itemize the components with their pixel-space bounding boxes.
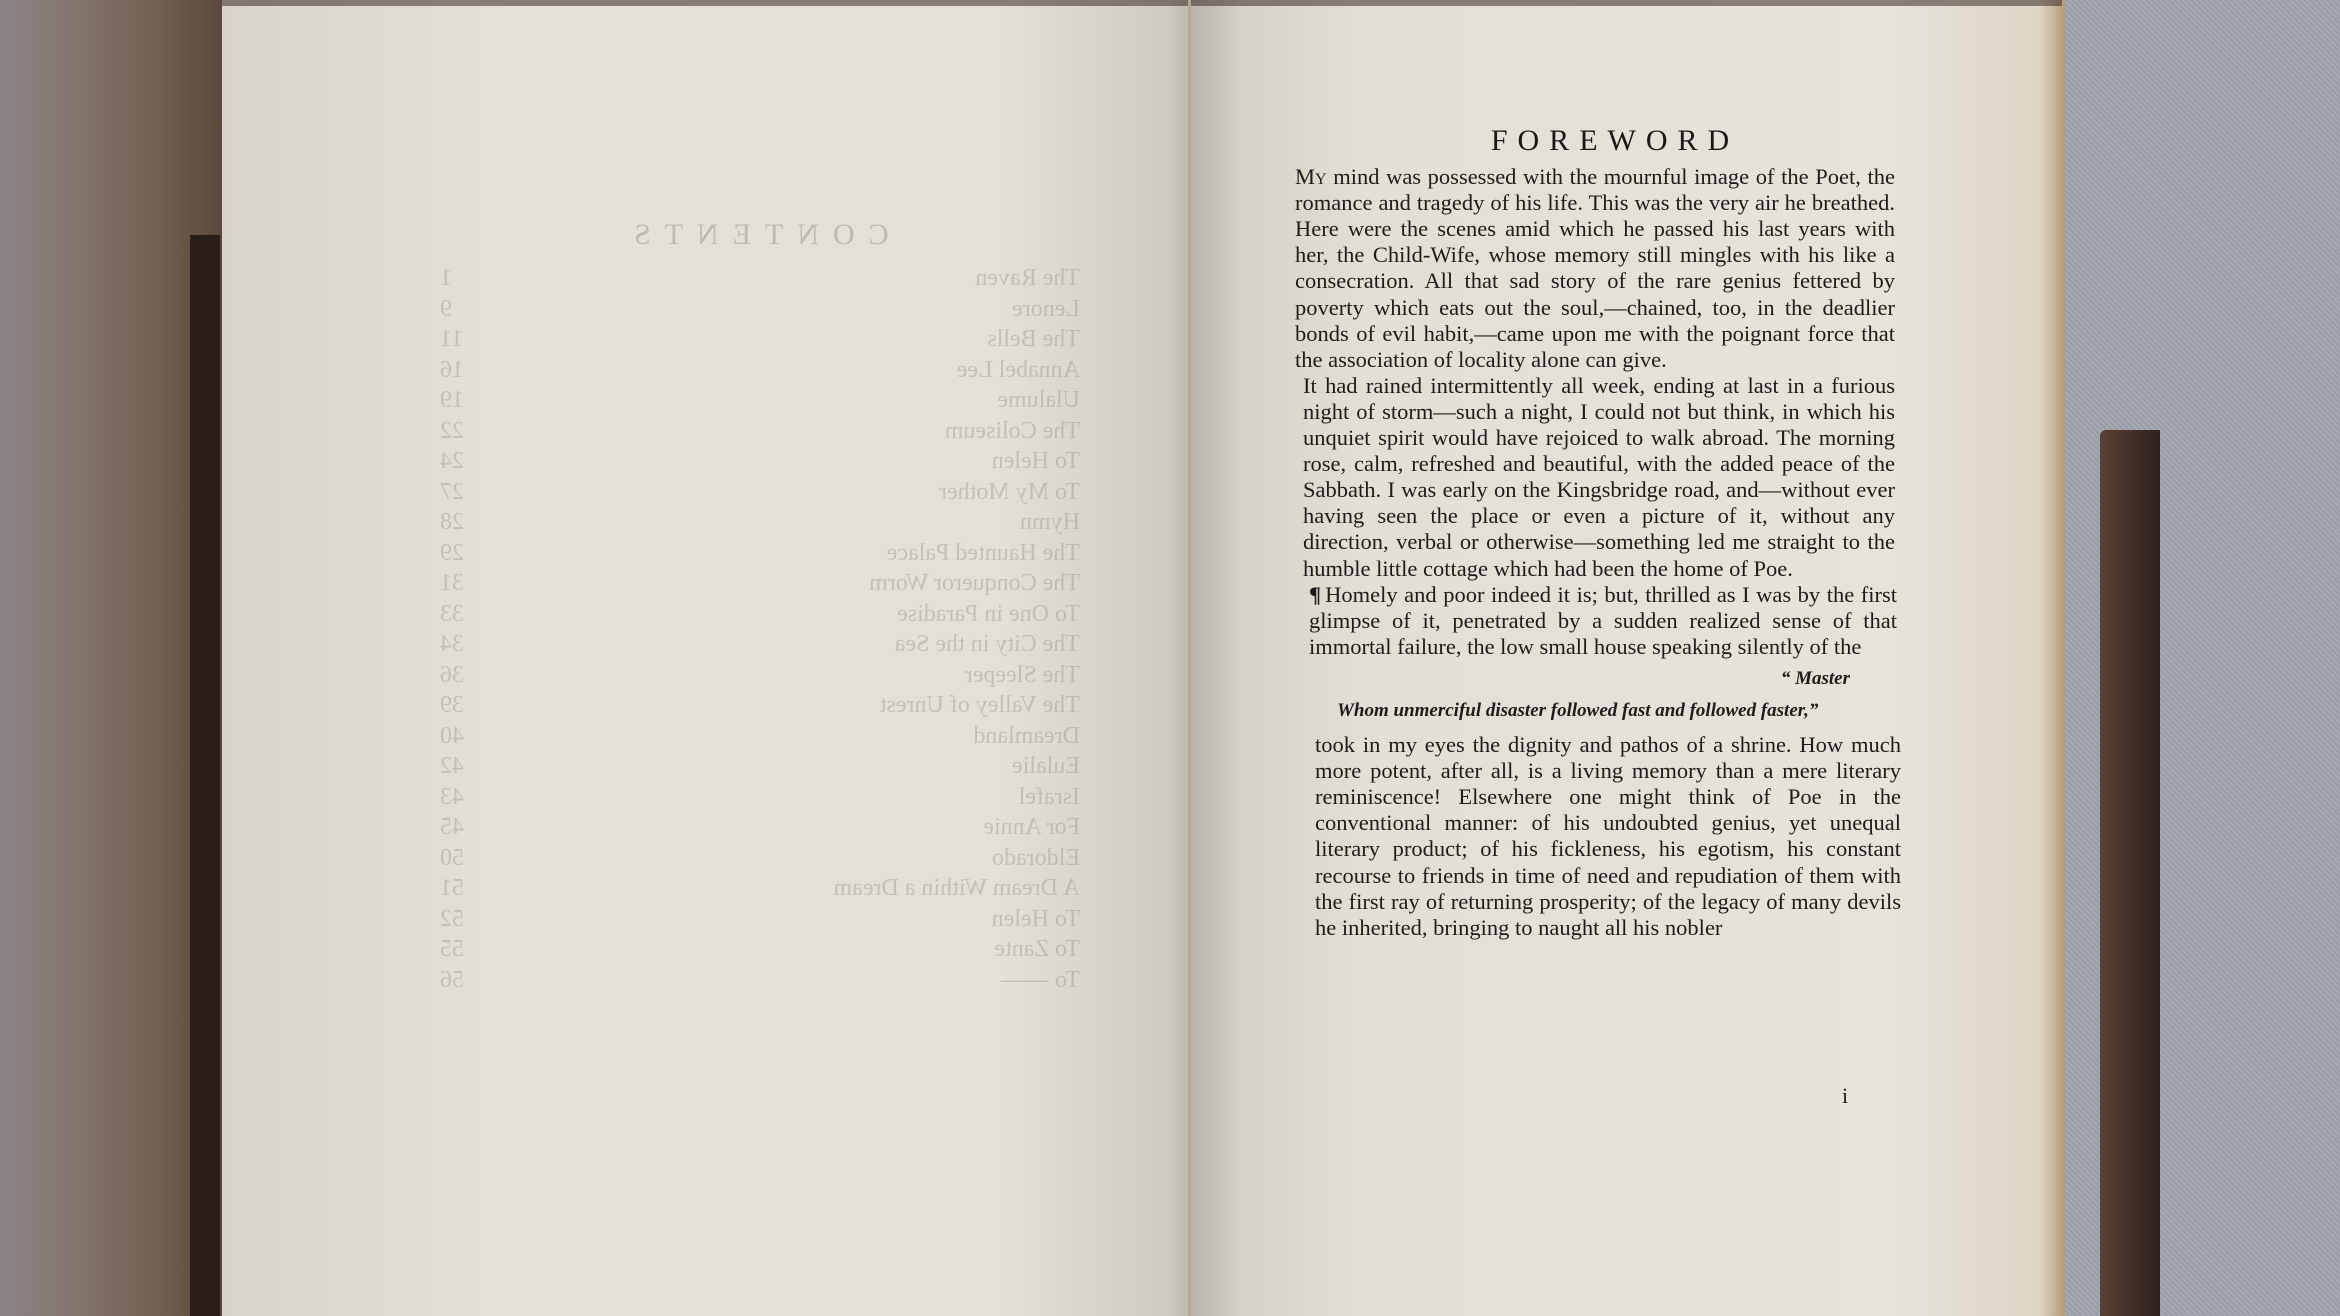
- bleed-through-row: A Dream Within a Dream51: [440, 875, 1080, 906]
- book-cover-edge-right: [2100, 430, 2160, 1316]
- top-shadow: [222, 0, 2062, 6]
- bleed-through-item-page: 24: [440, 448, 464, 479]
- bleed-through-item-page: 40: [440, 723, 464, 754]
- paragraph-3: ¶Homely and poor indeed it is; but, thri…: [1309, 582, 1897, 660]
- cloth-surface-right: [2055, 0, 2340, 1316]
- bleed-through-row: To My Mother27: [440, 479, 1080, 510]
- bleed-through-item-title: To One in Paradise: [897, 601, 1080, 632]
- bleed-through-item-title: Dreamland: [973, 723, 1080, 754]
- bleed-through-title: CONTENTS: [620, 218, 889, 252]
- book-gutter: [1188, 0, 1191, 1316]
- bleed-through-item-title: Ulalume: [997, 387, 1080, 418]
- page-heading: FOREWORD: [1335, 128, 1895, 154]
- bleed-through-row: The Haunted Palace29: [440, 540, 1080, 571]
- bleed-through-item-page: 56: [440, 967, 464, 998]
- opening-word: My: [1295, 164, 1327, 189]
- bleed-through-item-page: 36: [440, 662, 464, 693]
- page-number: i: [1842, 1083, 1848, 1109]
- bleed-through-item-title: To Zante: [994, 936, 1080, 967]
- bleed-through-row: The Valley of Unrest39: [440, 692, 1080, 723]
- paragraph-4: took in my eyes the dignity and pathos o…: [1315, 732, 1901, 941]
- bleed-through-item-page: 1: [440, 265, 452, 296]
- bleed-through-row: To Zante55: [440, 936, 1080, 967]
- paragraph-2: It had rained intermittently all week, e…: [1303, 373, 1895, 582]
- bleed-through-row: To ——56: [440, 967, 1080, 998]
- paragraph-1-text: mind was possessed with the mournful ima…: [1295, 164, 1895, 372]
- bleed-through-item-title: The Conqueror Worm: [869, 570, 1080, 601]
- bleed-through-row: Eldorado50: [440, 845, 1080, 876]
- bleed-through-item-title: To ——: [1001, 967, 1080, 998]
- bleed-through-row: To One in Paradise33: [440, 601, 1080, 632]
- bleed-through-contents: The Raven1Lenore9The Bells11Annabel Lee1…: [440, 265, 1080, 997]
- bleed-through-item-page: 19: [440, 387, 464, 418]
- bleed-through-row: To Helen52: [440, 906, 1080, 937]
- bleed-through-item-title: To Helen: [992, 906, 1080, 937]
- bleed-through-item-page: 9: [440, 296, 452, 327]
- bleed-through-row: Ulalume19: [440, 387, 1080, 418]
- bleed-through-item-title: To My Mother: [939, 479, 1080, 510]
- quote-line-1: “ Master: [1295, 666, 1895, 692]
- foreword-text: FOREWORD My mind was possessed with the …: [1295, 128, 1895, 941]
- paragraph-1: My mind was possessed with the mournful …: [1295, 164, 1895, 373]
- bleed-through-item-page: 33: [440, 601, 464, 632]
- bleed-through-item-title: The Valley of Unrest: [880, 692, 1080, 723]
- bleed-through-item-title: The Coliseum: [945, 418, 1080, 449]
- bleed-through-row: Hymn28: [440, 509, 1080, 540]
- bleed-through-item-page: 34: [440, 631, 464, 662]
- bleed-through-item-title: A Dream Within a Dream: [833, 875, 1080, 906]
- bleed-through-row: Eulalie42: [440, 753, 1080, 784]
- bleed-through-row: The Sleeper36: [440, 662, 1080, 693]
- quote-line-2: Whom unmerciful disaster followed fast a…: [1295, 698, 1895, 724]
- bleed-through-row: The Conqueror Worm31: [440, 570, 1080, 601]
- bleed-through-item-page: 42: [440, 753, 464, 784]
- paragraph-3-text: Homely and poor indeed it is; but, thril…: [1309, 582, 1897, 659]
- bleed-through-item-page: 55: [440, 936, 464, 967]
- bleed-through-item-title: Eldorado: [992, 845, 1080, 876]
- bleed-through-item-page: 51: [440, 875, 464, 906]
- bleed-through-item-page: 22: [440, 418, 464, 449]
- bleed-through-item-page: 28: [440, 509, 464, 540]
- bleed-through-row: Israfel43: [440, 784, 1080, 815]
- bleed-through-item-title: Eulalie: [1012, 753, 1080, 784]
- bleed-through-item-title: To Helen: [992, 448, 1080, 479]
- bleed-through-item-title: For Annie: [983, 814, 1080, 845]
- bleed-through-row: Lenore9: [440, 296, 1080, 327]
- bleed-through-item-page: 29: [440, 540, 464, 571]
- bleed-through-item-title: The Raven: [975, 265, 1080, 296]
- bleed-through-item-page: 16: [440, 357, 464, 388]
- bleed-through-item-page: 39: [440, 692, 464, 723]
- bleed-through-row: The Coliseum22: [440, 418, 1080, 449]
- bleed-through-item-title: Hymn: [1020, 509, 1080, 540]
- bleed-through-row: The City in the Sea34: [440, 631, 1080, 662]
- bleed-through-row: The Bells11: [440, 326, 1080, 357]
- bleed-through-item-page: 43: [440, 784, 464, 815]
- bleed-through-item-page: 11: [440, 326, 463, 357]
- bleed-through-item-title: The Bells: [987, 326, 1080, 357]
- paragraph-mark-icon: ¶: [1309, 582, 1321, 607]
- bleed-through-row: For Annie45: [440, 814, 1080, 845]
- book-cover-edge-left: [190, 235, 220, 1316]
- bleed-through-item-page: 52: [440, 906, 464, 937]
- bleed-through-item-title: Israfel: [1019, 784, 1080, 815]
- bleed-through-row: Dreamland40: [440, 723, 1080, 754]
- bleed-through-item-title: The Sleeper: [965, 662, 1080, 693]
- bleed-through-item-page: 50: [440, 845, 464, 876]
- bleed-through-row: The Raven1: [440, 265, 1080, 296]
- bleed-through-row: Annabel Lee16: [440, 357, 1080, 388]
- bleed-through-row: To Helen24: [440, 448, 1080, 479]
- bleed-through-item-page: 27: [440, 479, 464, 510]
- bleed-through-item-title: Lenore: [1012, 296, 1080, 327]
- bleed-through-item-page: 31: [440, 570, 464, 601]
- bleed-through-item-title: The City in the Sea: [895, 631, 1080, 662]
- bleed-through-item-page: 45: [440, 814, 464, 845]
- bleed-through-item-title: The Haunted Palace: [887, 540, 1080, 571]
- bleed-through-item-title: Annabel Lee: [957, 357, 1080, 388]
